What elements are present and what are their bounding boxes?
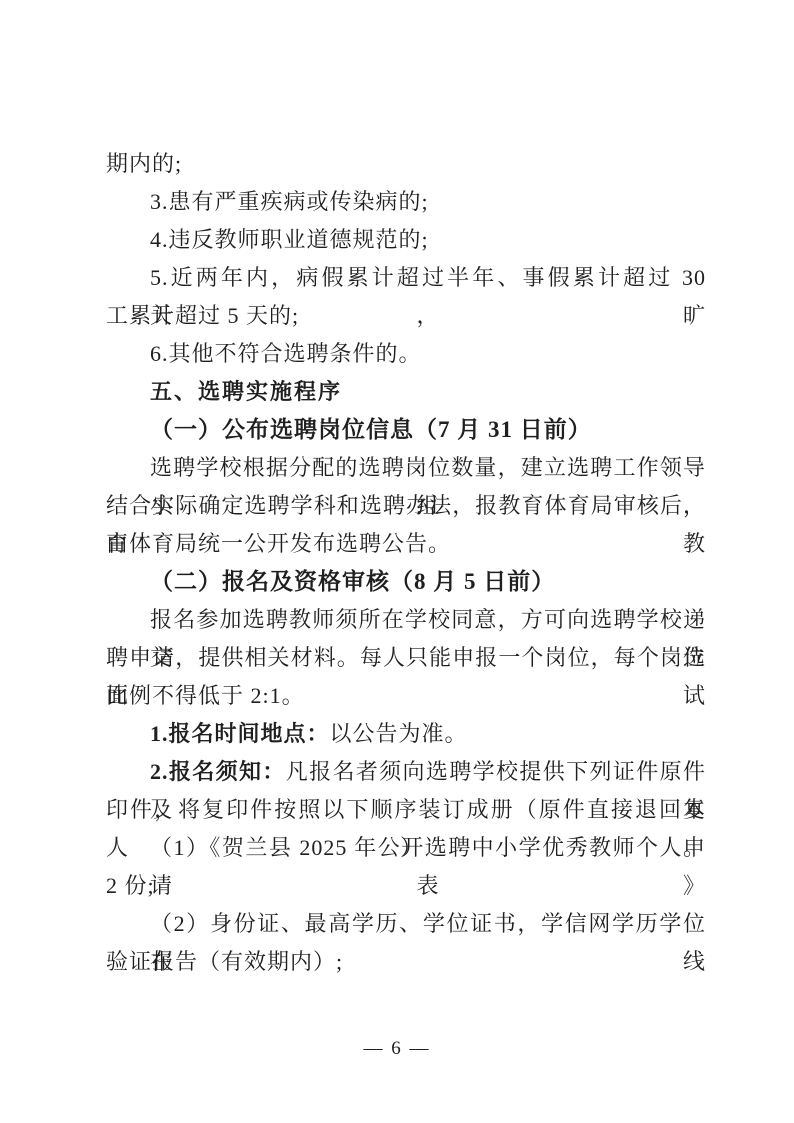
text-line: 1.报名时间地点：以公告为准。 xyxy=(106,715,706,753)
document-body: 期内的;3.患有严重疾病或传染病的;4.违反教师职业道德规范的;5.近两年内，病… xyxy=(106,145,706,981)
text-line: 3.患有严重疾病或传染病的; xyxy=(106,183,706,221)
text-line: 聘申请，提供相关材料。每人只能申报一个岗位，每个岗位面试 xyxy=(106,639,706,677)
text-line: （一）公布选聘岗位信息（7 月 31 日前） xyxy=(106,411,706,449)
text-line: 报名参加选聘教师须所在学校同意，方可向选聘学校递交选 xyxy=(106,601,706,639)
text-line: （2）身份证、最高学历、学位证书，学信网学历学位在线 xyxy=(106,905,706,943)
text-line: 结合实际确定选聘学科和选聘办法，报教育体育局审核后，由教 xyxy=(106,487,706,525)
text-segment-bold: 1.报名时间地点： xyxy=(150,721,330,746)
text-line: 5.近两年内，病假累计超过半年、事假累计超过 30 天，旷 xyxy=(106,259,706,297)
text-line: 期内的; xyxy=(106,145,706,183)
text-line: 印件，将复印件按照以下顺序装订成册（原件直接退回本人）。 xyxy=(106,791,706,829)
text-segment-bold: 2.报名须知： xyxy=(150,759,286,784)
text-line: （1）《贺兰县 2025 年公开选聘中小学优秀教师个人申请表》 xyxy=(106,829,706,867)
text-line: 6.其他不符合选聘条件的。 xyxy=(106,335,706,373)
text-line: 五、选聘实施程序 xyxy=(106,373,706,411)
text-line: 2.报名须知：凡报名者须向选聘学校提供下列证件原件及复 xyxy=(106,753,706,791)
text-line: 4.违反教师职业道德规范的; xyxy=(106,221,706,259)
page-number: — 6 — xyxy=(0,1038,794,1060)
text-line: 选聘学校根据分配的选聘岗位数量，建立选聘工作领导小组， xyxy=(106,449,706,487)
text-segment: 以公告为准。 xyxy=(330,721,468,746)
text-line: （二）报名及资格审核（8 月 5 日前） xyxy=(106,563,706,601)
document-page: 期内的;3.患有严重疾病或传染病的;4.违反教师职业道德规范的;5.近两年内，病… xyxy=(0,0,794,1123)
page-number-label: — 6 — xyxy=(364,1038,431,1059)
